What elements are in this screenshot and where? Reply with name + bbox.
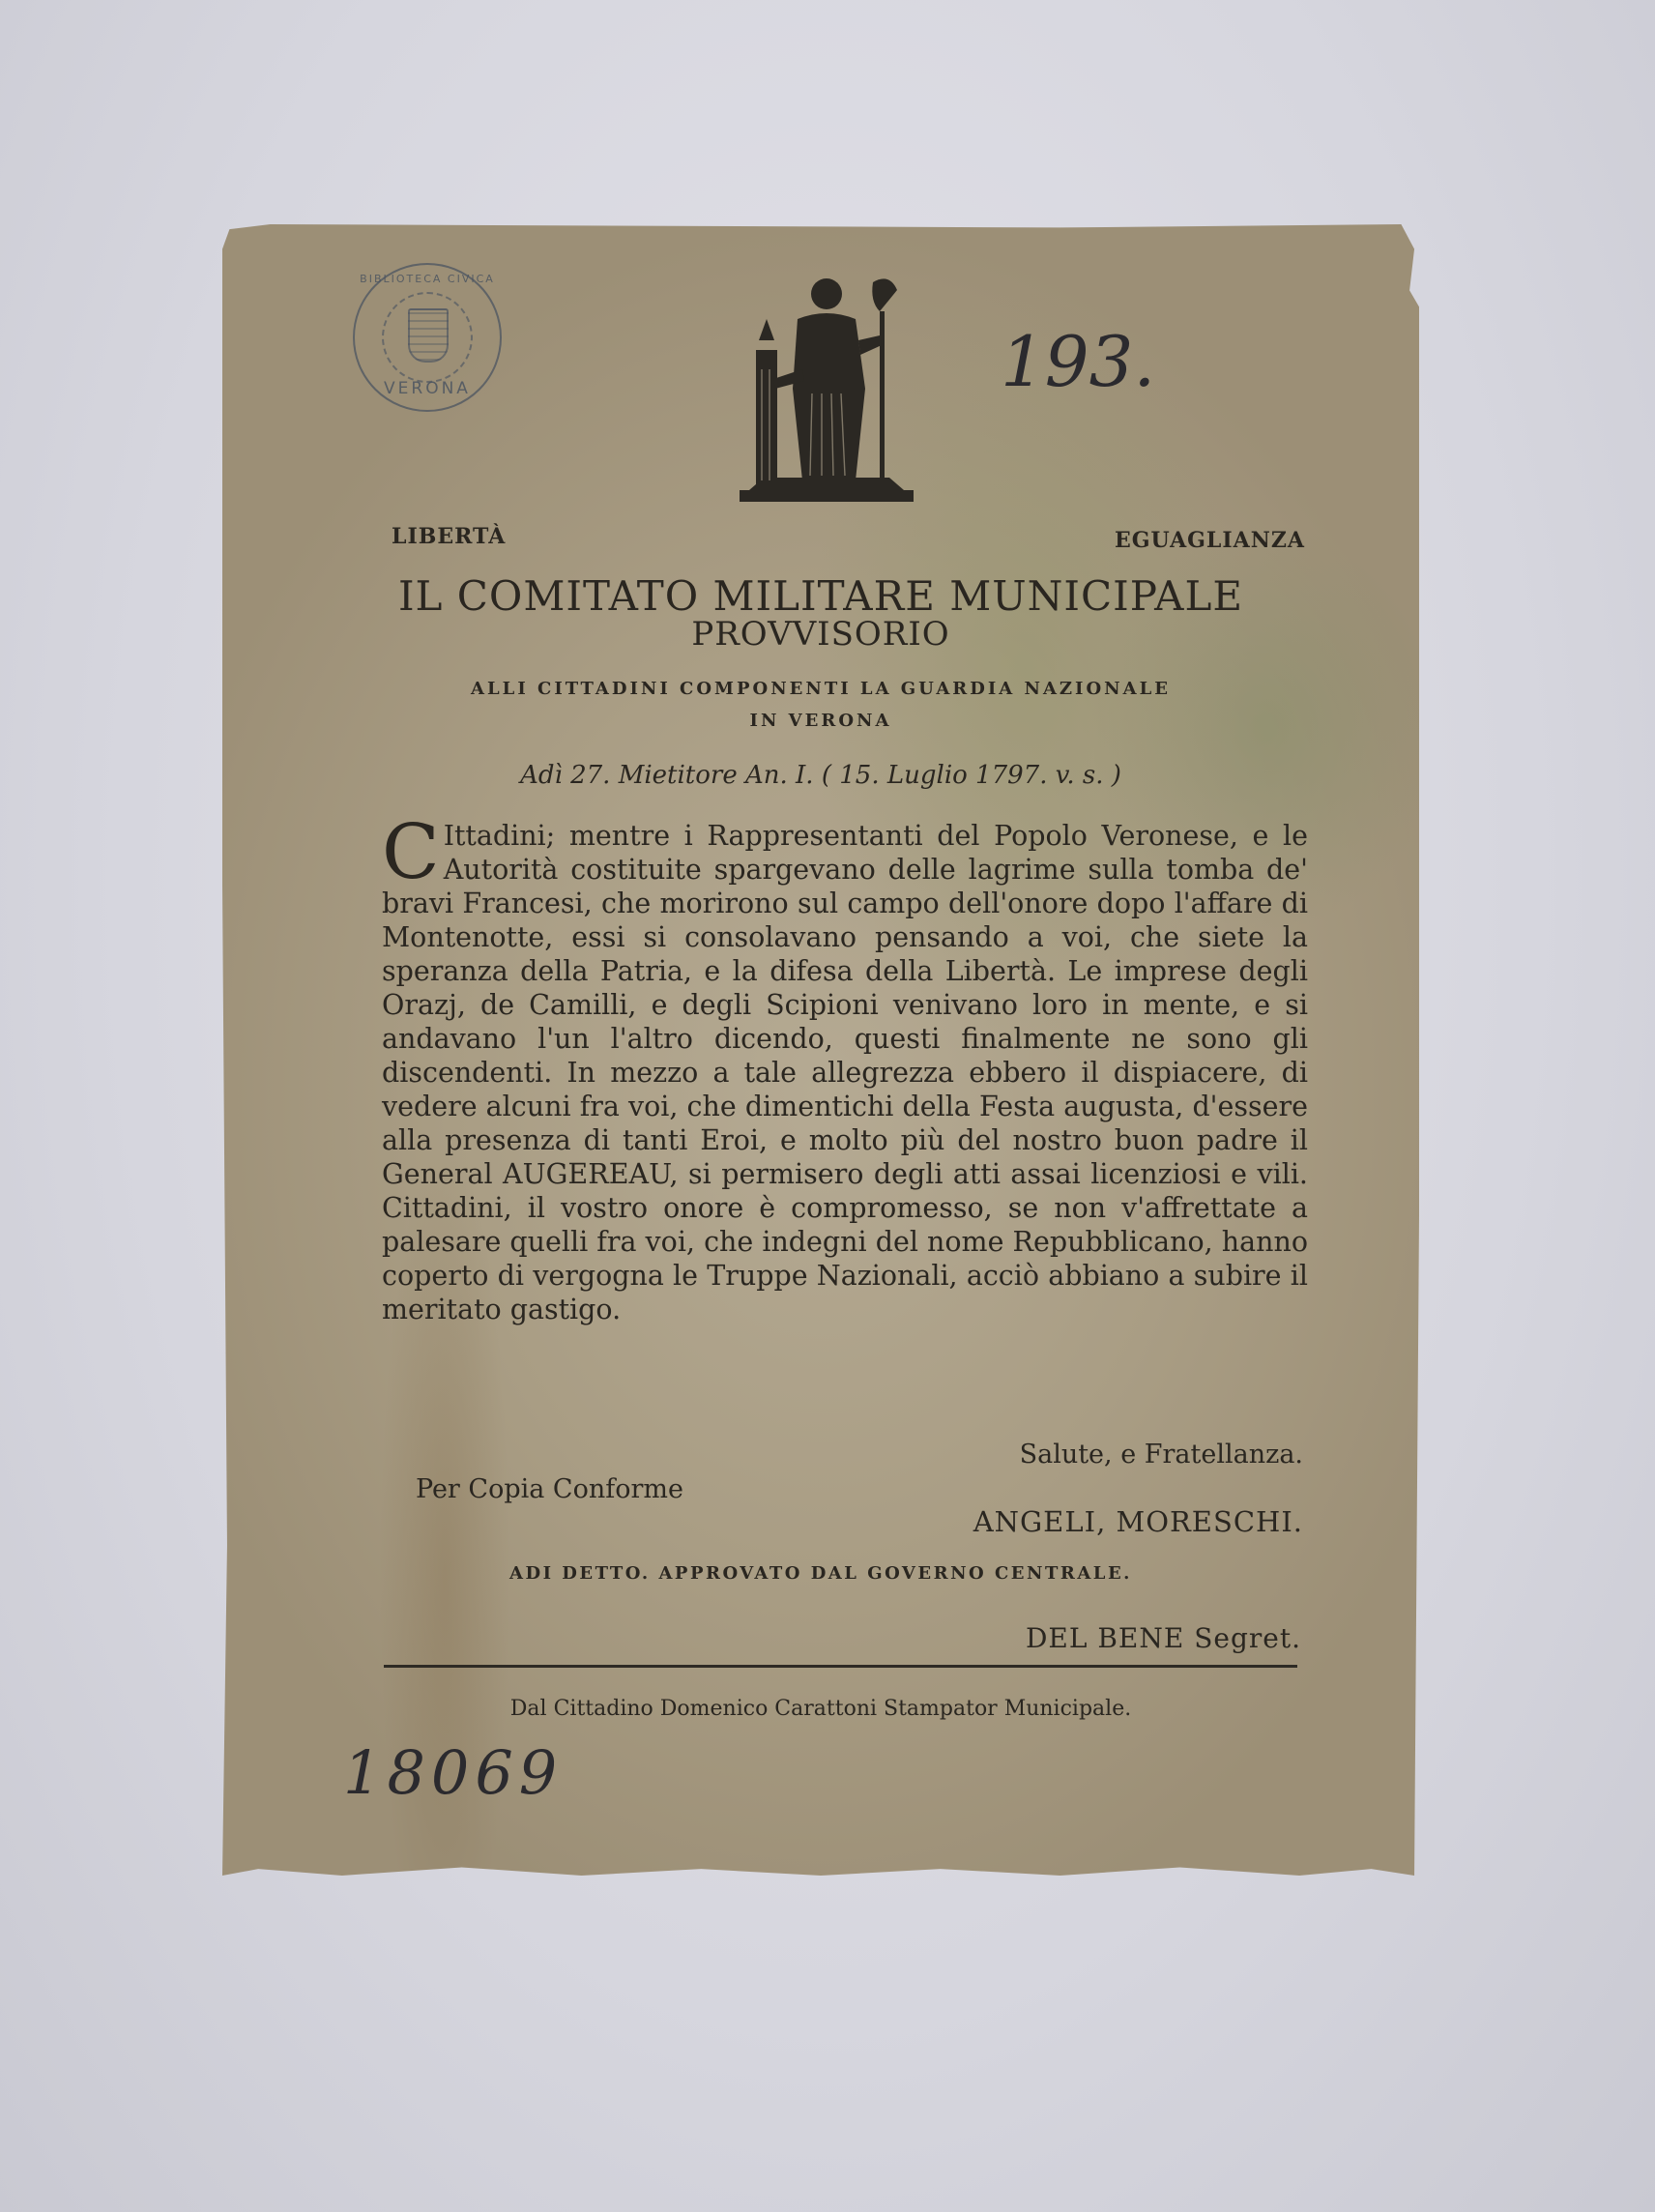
divider-rule [384, 1665, 1297, 1668]
handwritten-folio-number: 193. [1001, 321, 1155, 402]
handwritten-inventory-number: 18069 [343, 1737, 563, 1808]
library-stamp: BIBLIOTECA CIVICA VERONA [353, 263, 502, 412]
body-text: C Ittadini; mentre i Rappresentanti del … [382, 819, 1308, 1326]
address-line-1: ALLI CITTADINI COMPONENTI LA GUARDIA NAZ… [222, 679, 1419, 699]
address-line-2: IN VERONA [222, 711, 1419, 731]
copy-note: Per Copia Conforme [416, 1474, 683, 1504]
closing-salutation: Salute, e Fratellanza. [1020, 1440, 1303, 1470]
secretary-signature: DEL BENE Segret. [1026, 1622, 1301, 1654]
body-paragraph: Ittadini; mentre i Rappresentanti del Po… [382, 819, 1308, 1326]
title-line-1: IL COMITATO MILITARE MUNICIPALE [222, 572, 1419, 620]
approval-line: ADI DETTO. APPROVATO DAL GOVERNO CENTRAL… [222, 1563, 1419, 1584]
liberty-figure-icon [735, 273, 918, 505]
signatories: ANGELI, MORESCHI. [973, 1505, 1303, 1538]
motto-eguaglianza: EGUAGLIANZA [1115, 528, 1305, 553]
broadsheet-paper: BIBLIOTECA CIVICA VERONA 193. LIBERTÀ EG… [222, 224, 1419, 1876]
printer-imprint: Dal Cittadino Domenico Carattoni Stampat… [222, 1697, 1419, 1721]
date-line: Adì 27. Mietitore An. I. ( 15. Luglio 17… [222, 761, 1419, 790]
drop-cap: C [382, 821, 440, 885]
motto-liberta: LIBERTÀ [392, 524, 506, 549]
coat-of-arms-icon [408, 308, 449, 363]
stamp-top-text: BIBLIOTECA CIVICA [355, 273, 500, 285]
stamp-bottom-text: VERONA [355, 379, 500, 398]
title-line-2: PROVVISORIO [222, 615, 1419, 654]
